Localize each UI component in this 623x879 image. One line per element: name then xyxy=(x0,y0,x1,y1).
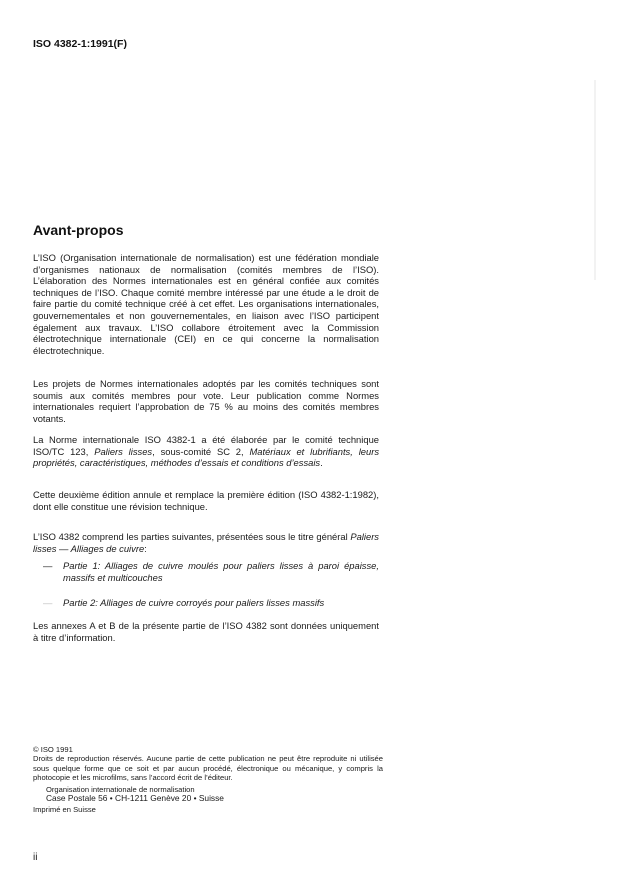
text-run: L’ISO 4382 comprend les parties suivante… xyxy=(33,531,350,542)
paragraph-text: L’ISO 4382 comprend les parties suivante… xyxy=(33,531,379,554)
paragraph-text: Cette deuxième édition annule et remplac… xyxy=(33,489,379,512)
paragraph-iso-intro: L’ISO (Organisation internationale de no… xyxy=(33,252,379,356)
paragraph-text: La Norme internationale ISO 4382-1 a été… xyxy=(33,434,379,469)
paragraph-voting: Les projets de Normes internationales ad… xyxy=(33,378,379,424)
committee-name: Paliers lisses xyxy=(94,446,152,457)
paragraph-committee: La Norme internationale ISO 4382-1 a été… xyxy=(33,434,379,469)
text-run: . xyxy=(320,457,323,468)
section-title: Avant-propos xyxy=(33,222,123,238)
page-number: ii xyxy=(33,852,37,863)
paragraph-text: Les annexes A et B de la présente partie… xyxy=(33,620,379,643)
printed-in: Imprimé en Suisse xyxy=(33,805,383,814)
list-item-text: Partie 2: Alliages de cuivre corroyés po… xyxy=(63,597,379,609)
dash-bullet-icon: — xyxy=(43,560,52,572)
text-run: , sous-comité SC 2, xyxy=(152,446,249,457)
paragraph-edition: Cette deuxième édition annule et remplac… xyxy=(33,489,379,512)
text-run: : xyxy=(144,543,147,554)
postal-address: Case Postale 56 • CH-1211 Genève 20 • Su… xyxy=(33,794,383,803)
paragraph-annexes: Les annexes A et B de la présente partie… xyxy=(33,620,379,643)
copyright-notice: Droits de reproduction réservés. Aucune … xyxy=(33,754,383,782)
paragraph-text: Les projets de Normes internationales ad… xyxy=(33,378,379,424)
copyright-block: © ISO 1991 Droits de reproduction réserv… xyxy=(33,745,383,815)
list-item-text: Partie 1: Alliages de cuivre moulés pour… xyxy=(63,560,379,583)
paragraph-text: L’ISO (Organisation internationale de no… xyxy=(33,252,379,356)
scan-edge-divider xyxy=(594,80,596,280)
copyright-line: © ISO 1991 xyxy=(33,745,383,754)
document-id: ISO 4382-1:1991(F) xyxy=(33,38,127,50)
dash-bullet-icon: — xyxy=(43,597,52,609)
paragraph-parts-intro: L’ISO 4382 comprend les parties suivante… xyxy=(33,531,379,554)
